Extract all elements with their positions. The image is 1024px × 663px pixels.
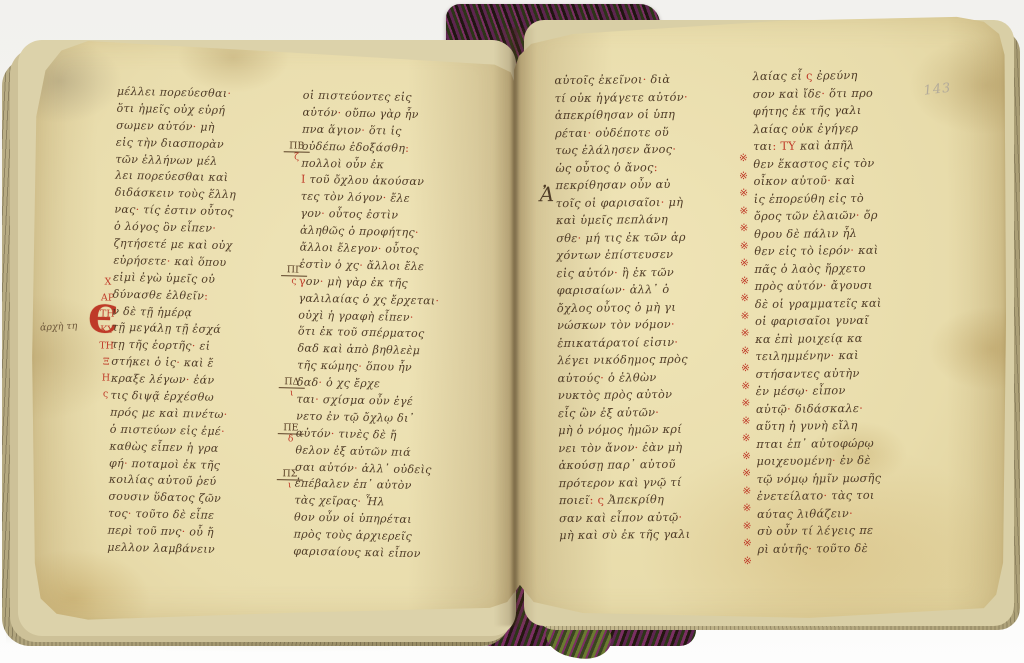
text-line: ὄρος τῶν ἐλαιῶν· ὄρ (754, 208, 926, 227)
text-line: εἰς αὐτόν· ἢ ἐκ τῶν (556, 265, 736, 284)
text-line: σον καὶ ἴδε· ὅτι προ (753, 86, 925, 105)
right-page-ink-layer: 143 Ἀ ※※※※※※※※※※※※※※※※※※※※※※※※ αὐτοῖς ἐκ… (511, 9, 1009, 626)
text-line: λέγει νικόδημος πρὸς (557, 352, 737, 371)
text-line: κα ἐπὶ μοιχείᾳ κα (755, 331, 927, 350)
text-line: οἶκον αὐτοῦ· καὶ (754, 173, 926, 192)
text-line: ποιεῖ: ς Ἀπεκρίθη (559, 492, 739, 511)
obelus-mark: ※ (736, 415, 756, 433)
text-line: αὐτῷ· διδάσκαλε· (756, 401, 928, 420)
obelus-mark: ※ (737, 502, 757, 520)
text-line: τειλημμένην· καὶ (755, 348, 927, 367)
text-line: θεν ἕκαστος εἰς τὸν (753, 156, 925, 175)
obelus-mark: ※ (737, 485, 757, 503)
text-line: ἐν μέσῳ· εἶπον (756, 383, 928, 402)
obelus-mark: ※ (735, 345, 755, 363)
obelus-mark: ※ (736, 397, 756, 415)
left-page-column-2: οἱ πιστεύοντες εἰςαὐτόν· οὔπω γὰρ ἦνπνα … (293, 89, 465, 565)
text-line: μοιχευομένη· ἐν δὲ (756, 453, 928, 472)
text-line: φήτης ἐκ τῆς γαλι (753, 103, 925, 122)
text-line: ἐνετείλατο· τὰς τοι (757, 488, 929, 507)
obelus-mark: ※ (734, 257, 754, 275)
text-line: αύτας λιθάζειν· (757, 506, 929, 525)
text-line: νει τὸν ἄνον· ἐὰν μὴ (558, 440, 738, 459)
text-line: εἷς ὢν ἐξ αὐτῶν· (558, 405, 738, 424)
text-line: αὐτούς· ὁ ἐλθὼν (558, 370, 738, 389)
text-line: ἀπεκρίθησαν οἱ ὑπη (555, 107, 735, 126)
left-page-column-1: μέλλει πορεύεσθαι·ὅτι ἡμεῖς οὐχ εὑρήσωμε… (107, 85, 271, 561)
margin-initial-alpha: Ἀ (540, 182, 555, 206)
obelus-mark: ※ (737, 537, 757, 555)
obelus-mark: ※ (735, 275, 755, 293)
text-line: ἰς ἐπορεύθη εἰς τὸ (754, 191, 926, 210)
text-line: φαρισαίων· ἀλλ᾽ ὁ (557, 282, 737, 301)
right-parchment-page: 143 Ἀ ※※※※※※※※※※※※※※※※※※※※※※※※ αὐτοῖς ἐκ… (514, 12, 1006, 624)
text-line: πρότερον καὶ γνῷ τί (559, 475, 739, 494)
obelus-mark: ※ (734, 222, 754, 240)
obelus-mark: ※ (735, 362, 755, 380)
section-marks: ΠΒζΠΓςΠΔιΠΕδΠΣι (286, 34, 312, 35)
text-line: σαν καὶ εἶπον αὐτῷ· (559, 510, 739, 529)
text-line: ται: ΤΥ καὶ ἀπῆλ (753, 138, 925, 157)
text-line: μὴ καὶ σὺ ἐκ τῆς γαλι (559, 527, 739, 546)
text-line: τως ἐλάλησεν ἄνος· (555, 142, 735, 161)
text-line: ἀκούσῃ παρ᾽ αὐτοῦ (558, 457, 738, 476)
text-line: μελλον λαμβάνειν (107, 541, 261, 561)
text-line: τί οὐκ ἠγάγετε αὐτόν· (555, 90, 735, 109)
text-line: νώσκων τὸν νόμον· (557, 317, 737, 336)
obelus-mark: ※ (734, 240, 754, 258)
obelus-mark: ※ (737, 467, 757, 485)
text-line: ρὶ αὐτῆς· τοῦτο δὲ (757, 541, 929, 560)
text-line: χόντων ἐπίστευσεν (556, 247, 736, 266)
margin-gloss: ἀρχὴ τη (40, 321, 78, 334)
text-line: τῷ νόμῳ ἡμῖν μωσῆς (757, 471, 929, 490)
text-line: πᾶς ὁ λαὸς ἤρχετο (754, 261, 926, 280)
text-line: φαρισαίους καὶ εἶπον (293, 545, 455, 565)
text-line: πεκρίθησαν οὖν αὐ (556, 177, 736, 196)
text-line: πται ἐπ᾽ αὐτοφώρῳ (756, 436, 928, 455)
obelus-mark: ※ (736, 432, 756, 450)
text-line: ὄχλος οὗτος ὁ μὴ γι (557, 300, 737, 319)
text-line: θεν εἰς τὸ ἱερόν· καὶ (754, 243, 926, 262)
text-line: ὡς οὗτος ὁ ἄνος: (555, 160, 735, 179)
obelus-mark: ※ (735, 310, 755, 328)
gutter-crease-shadow (494, 28, 536, 626)
text-line: στήσαντες αὐτὴν (756, 366, 928, 385)
obelus-mark: ※ (734, 187, 754, 205)
obelus-mark: ※ (733, 152, 753, 170)
obelus-mark: ※ (733, 170, 753, 188)
text-line: θρου δὲ πάλιν ἦλ (754, 226, 926, 245)
text-line: σὺ οὖν τί λέγεις πε (757, 523, 929, 542)
left-parchment-page: ἀρχὴ τη ΧΑΡΤΗΚΥΤΗΞΗς Є ΠΒζΠΓςΠΔιΠΕδΠΣι μ… (30, 34, 514, 622)
obelus-mark: ※ (737, 520, 757, 538)
text-line: μὴ ὁ νόμος ἡμῶν κρί (558, 422, 738, 441)
obelus-mark: ※ (736, 380, 756, 398)
right-page-column-2: λαίας εἶ ς ἐρεύνησον καὶ ἴδε· ὅτι προφήτ… (752, 68, 929, 560)
photo-of-open-manuscript: { "scene": { "description_title": "Open … (0, 0, 1024, 663)
text-line: δὲ οἱ γραμματεῖς καὶ (755, 296, 927, 315)
text-line: καὶ ὑμεῖς πεπλάνη (556, 212, 736, 231)
text-line: λαίας εἶ ς ἐρεύνη (752, 68, 924, 87)
text-line: τοῖς οἱ φαρισαῖοι· μὴ (556, 195, 736, 214)
folio-number-pencil: 143 (923, 81, 952, 99)
text-line: αὕτη ἡ γυνὴ εἴλη (756, 418, 928, 437)
text-line: αὐτοῖς ἐκεῖνοι· διὰ (554, 72, 734, 91)
obelus-mark: ※ (735, 327, 755, 345)
right-page-column-1: αὐτοῖς ἐκεῖνοι· διὰτί οὐκ ἠγάγετε αὐτόν·… (554, 72, 739, 546)
obelus-mark: ※ (735, 292, 755, 310)
obelus-mark: ※ (737, 555, 757, 573)
text-line: σθε· μή τις ἐκ τῶν ἀρ (556, 230, 736, 249)
text-line: ρέται· οὐδέποτε οὕ (555, 125, 735, 144)
text-line: λαίας οὐκ ἐγήγερ (753, 121, 925, 140)
obelus-mark: ※ (736, 450, 756, 468)
left-page-ink-layer: ἀρχὴ τη ΧΑΡΤΗΚΥΤΗΞΗς Є ΠΒζΠΓςΠΔιΠΕδΠΣι μ… (24, 29, 520, 627)
text-line: νυκτὸς πρὸς αὐτὸν (558, 387, 738, 406)
text-line: οἱ φαρισαῖοι γυναῖ (755, 313, 927, 332)
text-line: πρὸς αὐτόν· ἄγουσι (755, 278, 927, 297)
text-line: ἐπικατάρατοί εἰσιν· (557, 335, 737, 354)
obelus-mark: ※ (734, 205, 754, 223)
